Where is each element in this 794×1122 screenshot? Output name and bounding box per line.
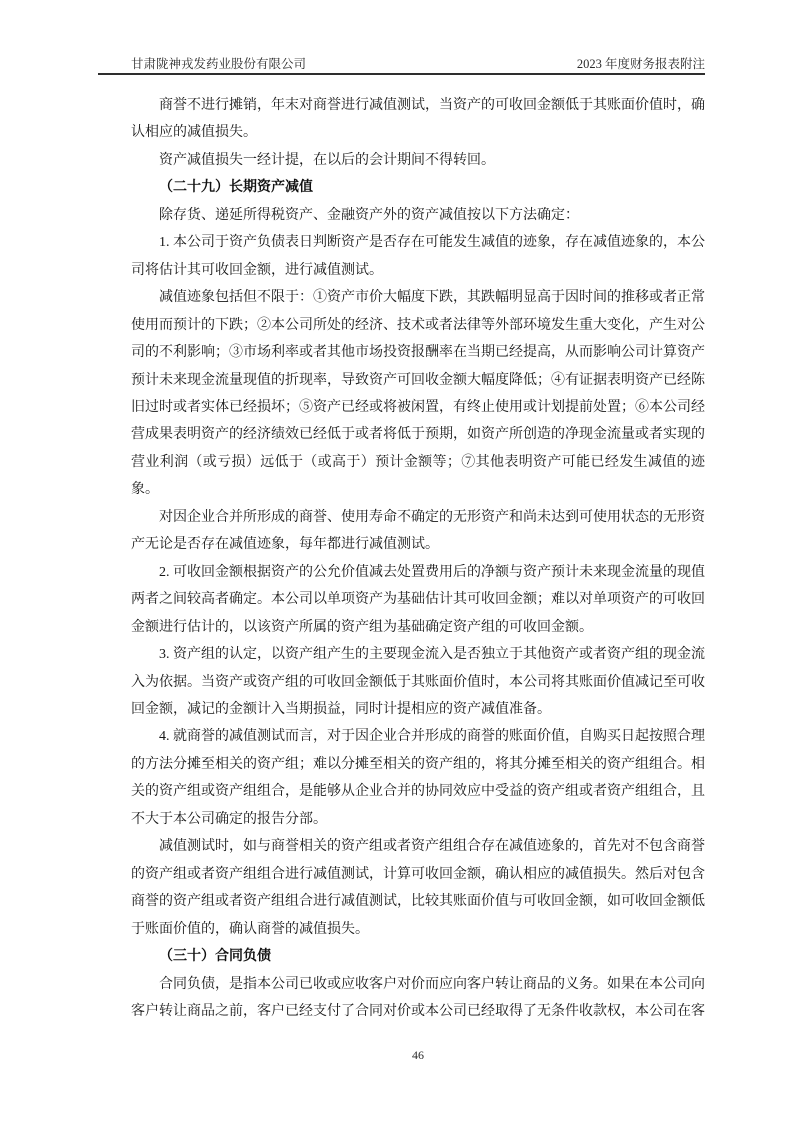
document-body: 商誉不进行摊销，年末对商誉进行减值测试，当资产的可收回金额低于其账面价值时，确认… xyxy=(131,92,705,1025)
header-doc-title: 2023 年度财务报表附注 xyxy=(577,56,705,72)
section-heading: （三十）合同负债 xyxy=(131,943,705,970)
body-paragraph: 资产减值损失一经计提，在以后的会计期间不得转回。 xyxy=(131,147,705,174)
header-rule xyxy=(98,73,705,75)
body-paragraph: 合同负债，是指本公司已收或应收客户对价而应向客户转让商品的义务。如果在本公司向客… xyxy=(131,971,705,1026)
body-paragraph: 减值测试时，如与商誉相关的资产组或者资产组组合存在减值迹象的，首先对不包含商誉的… xyxy=(131,833,705,943)
body-paragraph: 4. 就商誉的减值测试而言，对于因企业合并形成的商誉的账面价值，自购买日起按照合… xyxy=(131,723,705,833)
page-number: 46 xyxy=(131,1048,705,1063)
body-paragraph: 1. 本公司于资产负债表日判断资产是否存在可能发生减值的迹象，存在减值迹象的，本… xyxy=(131,229,705,284)
page-header: 甘肃陇神戎发药业股份有限公司 2023 年度财务报表附注 xyxy=(131,55,705,72)
document-page: 甘肃陇神戎发药业股份有限公司 2023 年度财务报表附注 商誉不进行摊销，年末对… xyxy=(0,0,794,1122)
body-paragraph: 商誉不进行摊销，年末对商誉进行减值测试，当资产的可收回金额低于其账面价值时，确认… xyxy=(131,92,705,147)
body-paragraph: 对因企业合并所形成的商誉、使用寿命不确定的无形资产和尚未达到可使用状态的无形资产… xyxy=(131,504,705,559)
body-paragraph: 3. 资产组的认定，以资产组产生的主要现金流入是否独立于其他资产或者资产组的现金… xyxy=(131,641,705,723)
body-paragraph: 减值迹象包括但不限于：①资产市价大幅度下跌，其跌幅明显高于因时间的推移或者正常使… xyxy=(131,284,705,504)
section-heading: （二十九）长期资产减值 xyxy=(131,174,705,201)
body-paragraph: 除存货、递延所得税资产、金融资产外的资产减值按以下方法确定： xyxy=(131,202,705,229)
header-company-name: 甘肃陇神戎发药业股份有限公司 xyxy=(131,56,306,72)
body-paragraph: 2. 可收回金额根据资产的公允价值减去处置费用后的净额与资产预计未来现金流量的现… xyxy=(131,559,705,641)
